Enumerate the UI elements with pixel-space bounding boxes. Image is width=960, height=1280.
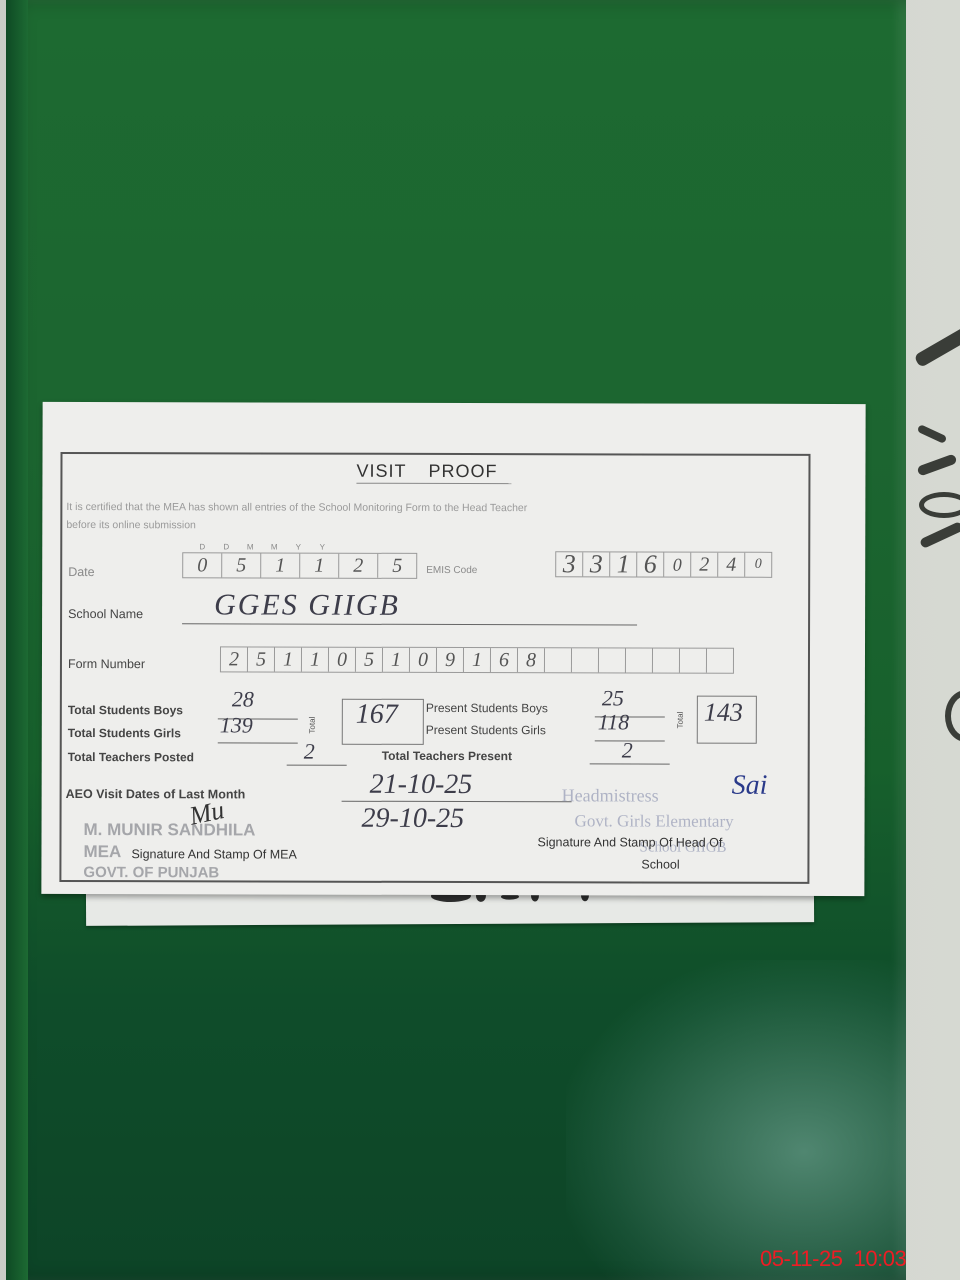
- hint: Y: [310, 543, 334, 552]
- present-boys-value: 25: [602, 685, 624, 711]
- teachers-present-label: Total Teachers Present: [382, 749, 512, 763]
- total-girls-value: 139: [220, 712, 253, 738]
- teachers-present-line: [590, 763, 670, 764]
- camera-timestamp: 05-11-25 10:03: [760, 1246, 906, 1272]
- total-students-value: 167: [356, 699, 398, 731]
- form-digit: 8: [518, 648, 545, 672]
- emis-digit: 3: [583, 552, 610, 576]
- school-name-label: School Name: [68, 607, 143, 621]
- aeo-visit-date-2: 29-10-25: [362, 803, 465, 835]
- form-digit-empty: [707, 649, 733, 673]
- emis-digit: 0: [664, 553, 691, 577]
- title-proof: PROOF: [428, 461, 497, 481]
- date-boxes: 0 5 1 1 2 5: [182, 552, 417, 579]
- emis-digit: 2: [691, 553, 718, 577]
- date-digit: 2: [339, 554, 378, 578]
- total-boys-value: 28: [232, 686, 254, 712]
- form-digit-empty: [653, 649, 680, 673]
- present-boys-label: Present Students Boys: [426, 701, 548, 715]
- emis-label: EMIS Code: [426, 565, 477, 576]
- form-digit-empty: [599, 648, 626, 672]
- mea-stamp-govt: GOVT. OF PUNJAB: [83, 864, 219, 881]
- visit-proof-card: VISITPROOF It is certified that the MEA …: [41, 402, 865, 896]
- teachers-posted-value: 2: [304, 739, 315, 765]
- present-total-vertical-label: Total: [676, 712, 685, 729]
- form-digit: 1: [464, 648, 491, 672]
- school-name-value: GGES GIIGB: [214, 588, 400, 622]
- form-digit: 0: [329, 648, 356, 672]
- mea-stamp-title: MEA: [83, 842, 121, 862]
- teachers-present-value: 2: [622, 737, 633, 763]
- head-signature-label-2: School: [641, 857, 679, 871]
- emis-digit: 0: [745, 553, 771, 577]
- form-digit: 6: [491, 648, 518, 672]
- head-stamp-title: Headmistress: [562, 785, 659, 806]
- emis-digit: 4: [718, 553, 745, 577]
- total-girls-line: [218, 742, 298, 743]
- form-digit-empty: [680, 649, 707, 673]
- form-digit: 9: [437, 648, 464, 672]
- form-digit: 1: [302, 648, 329, 672]
- teachers-posted-line: [287, 765, 347, 766]
- emis-digit: 1: [610, 552, 637, 576]
- head-handwritten-signature: Sai: [732, 770, 768, 802]
- present-girls-label: Present Students Girls: [426, 723, 546, 737]
- form-digit: 5: [248, 647, 275, 671]
- mea-stamp-name: M. MUNIR SANDHILA: [83, 820, 255, 840]
- head-signature-label-1: Signature And Stamp Of Head Of: [537, 835, 722, 849]
- teachers-posted-label: Total Teachers Posted: [68, 750, 194, 764]
- date-hints: D D M M Y Y: [190, 542, 334, 551]
- certification-text: It is certified that the MEA has shown a…: [66, 496, 766, 538]
- hint: Y: [286, 543, 310, 552]
- hint: M: [238, 542, 262, 551]
- present-total-value: 143: [704, 698, 743, 728]
- date-digit: 1: [300, 554, 339, 578]
- emis-digit: 6: [637, 552, 664, 576]
- date-label: Date: [68, 565, 94, 579]
- form-digit-empty: [545, 648, 572, 672]
- aeo-visit-date-1: 21-10-25: [370, 769, 473, 801]
- head-stamp-school: Govt. Girls Elementary: [575, 811, 734, 831]
- title-visit: VISIT: [356, 461, 406, 481]
- background-writing: [905, 300, 960, 1000]
- form-digit: 1: [383, 648, 410, 672]
- total-boys-label: Total Students Boys: [68, 703, 183, 717]
- hint: M: [262, 542, 286, 551]
- date-digit: 1: [261, 553, 300, 577]
- mea-signature-label: Signature And Stamp Of MEA: [131, 847, 296, 861]
- form-digit-empty: [626, 648, 653, 672]
- emis-digit: 3: [556, 552, 583, 576]
- form-digit: 1: [275, 648, 302, 672]
- form-digit: 5: [356, 648, 383, 672]
- hint: D: [190, 542, 214, 551]
- date-digit: 5: [222, 553, 261, 577]
- form-digit: 2: [221, 647, 248, 671]
- date-digit: 5: [378, 554, 416, 578]
- hint: D: [214, 542, 238, 551]
- card-title: VISITPROOF: [356, 461, 497, 482]
- date-digit: 0: [183, 553, 222, 577]
- present-girls-value: 118: [598, 709, 629, 735]
- emis-code-boxes: 3 3 1 6 0 2 4 0: [555, 551, 772, 578]
- form-number-boxes: 2 5 1 1 0 5 1 0 9 1 6 8: [220, 646, 734, 673]
- register-spine: [6, 0, 28, 1280]
- form-digit: 0: [410, 648, 437, 672]
- form-digit-empty: [572, 648, 599, 672]
- light-glare: [566, 960, 906, 1280]
- form-number-label: Form Number: [68, 657, 145, 671]
- total-vertical-label: Total: [308, 717, 317, 734]
- total-girls-label: Total Students Girls: [68, 726, 181, 740]
